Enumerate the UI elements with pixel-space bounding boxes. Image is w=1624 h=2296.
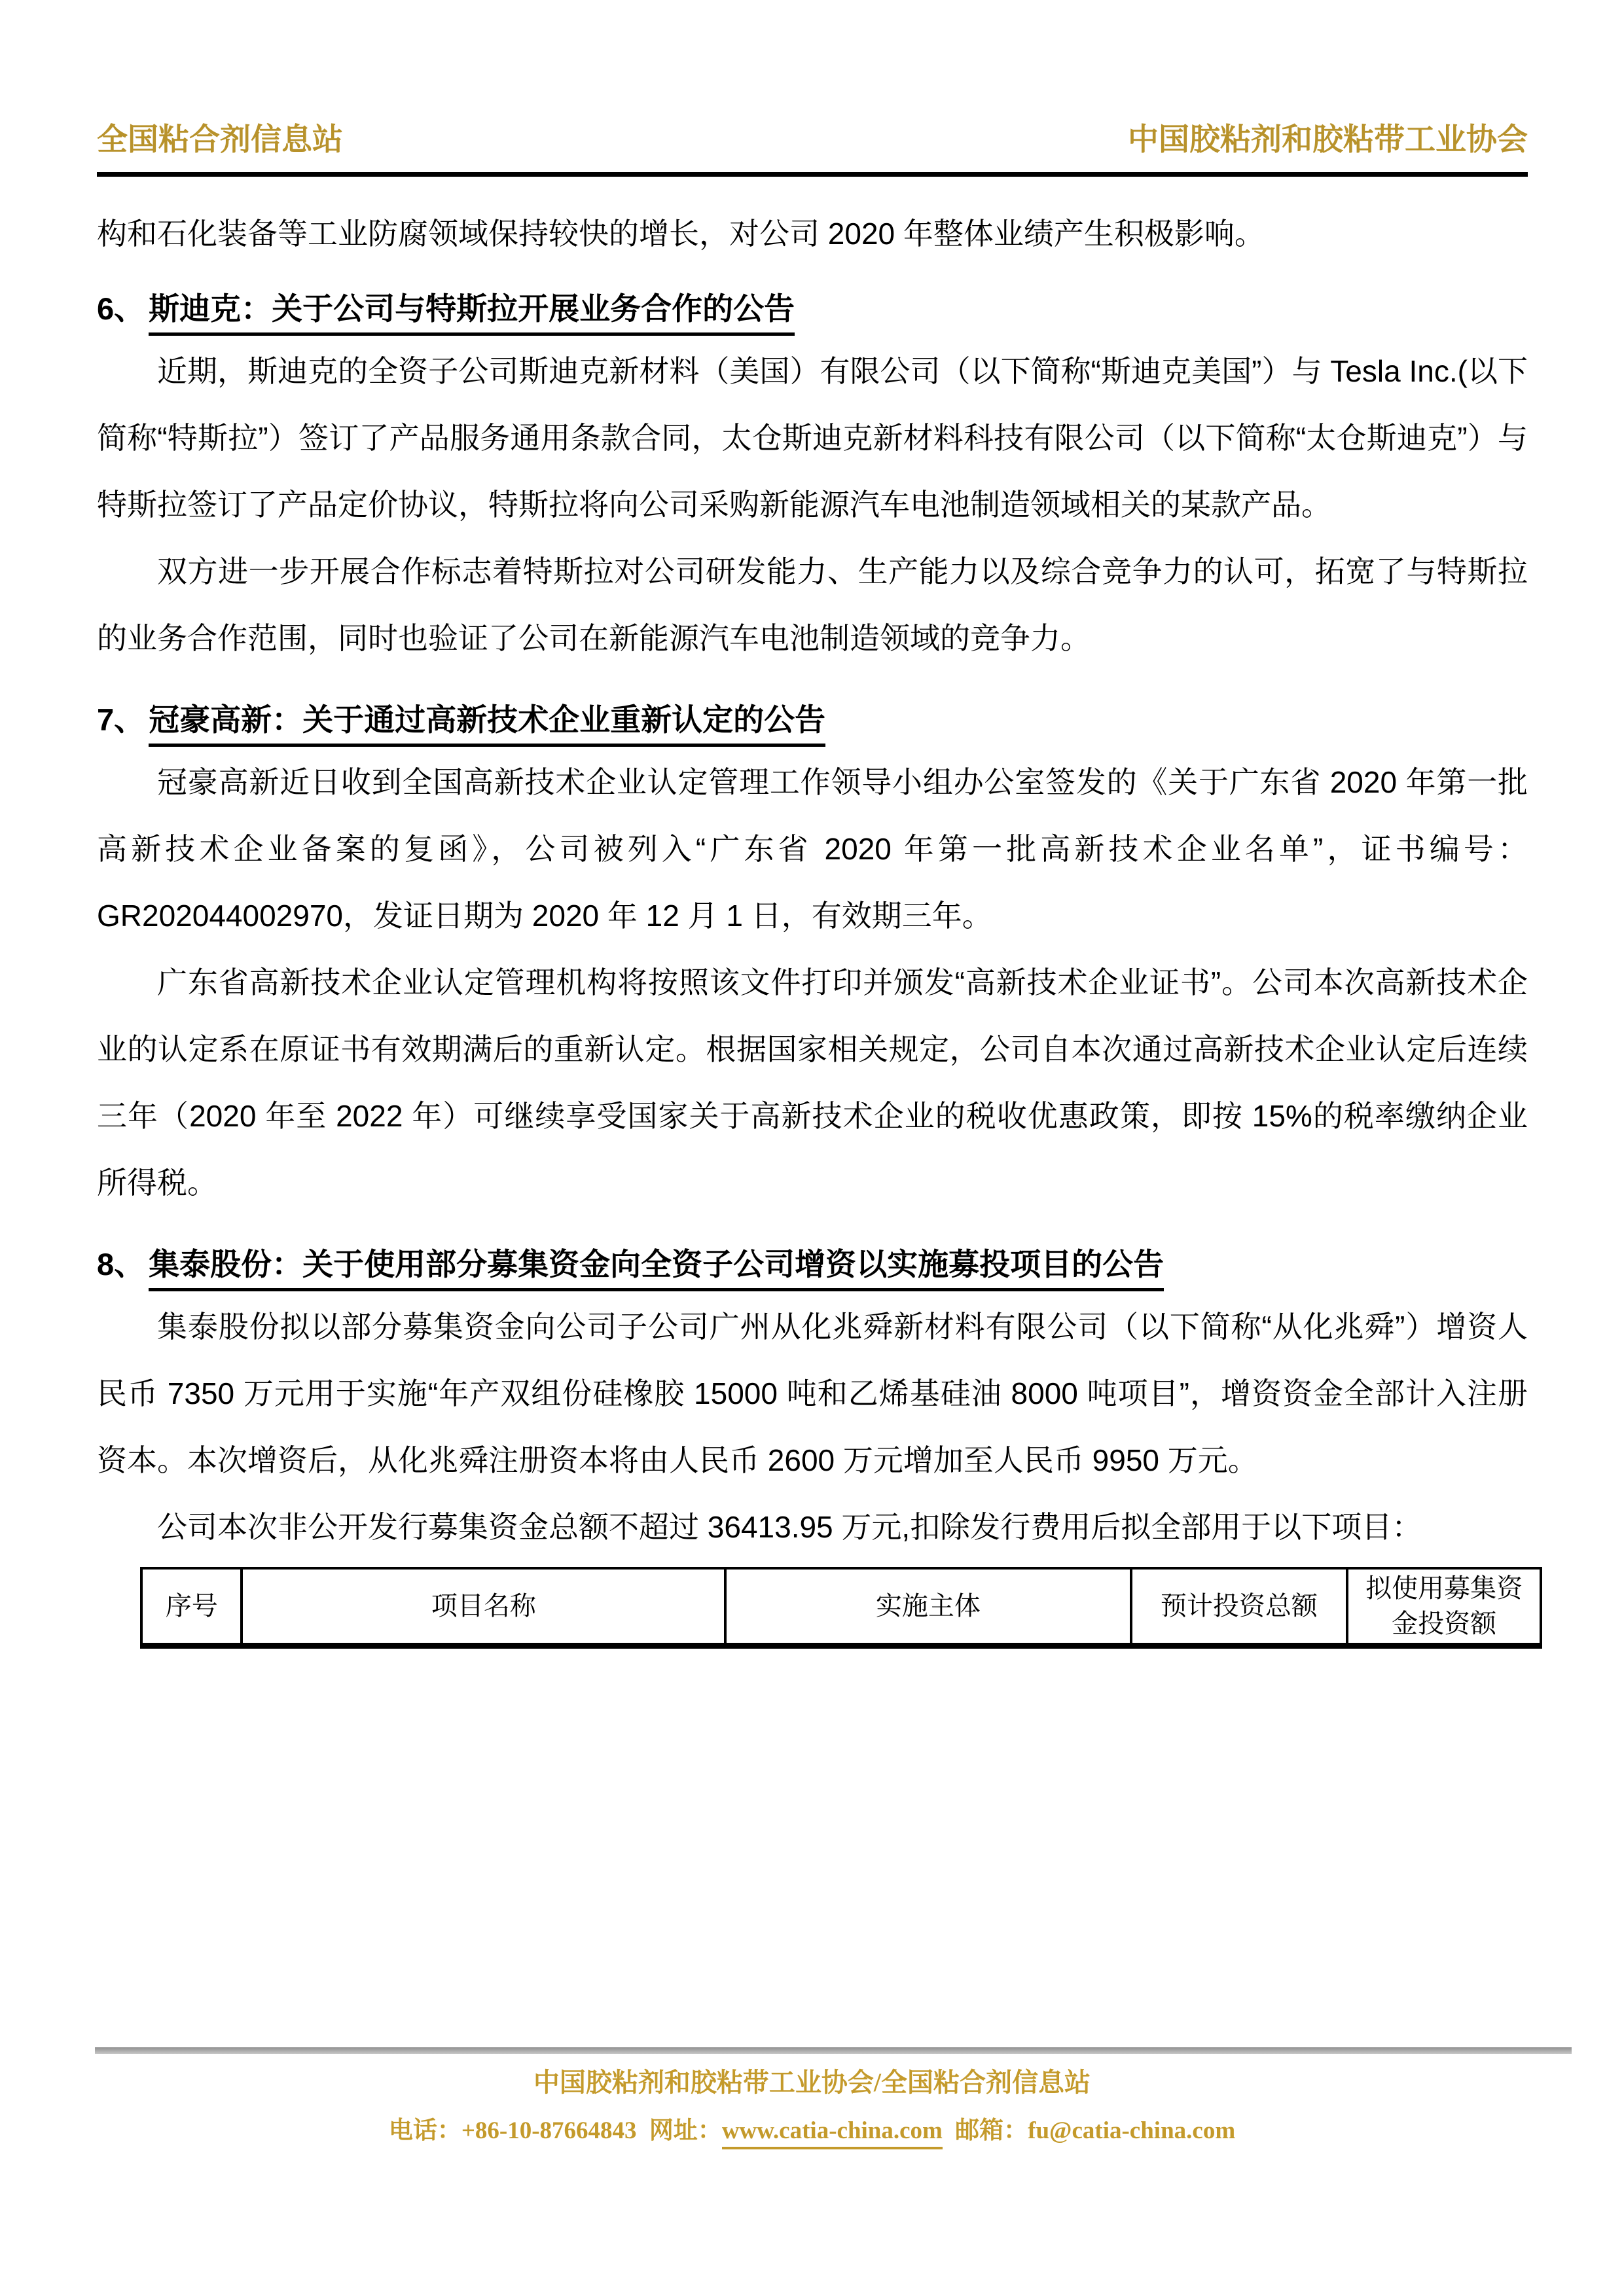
section-6-paragraph-2: 双方进一步开展合作标志着特斯拉对公司研发能力、生产能力以及综合竞争力的认可，拓宽…	[97, 538, 1528, 672]
section-6-heading: 6、斯迪克：关于公司与特斯拉开展业务合作的公告	[97, 289, 1528, 329]
column-header-entity: 实施主体	[725, 1568, 1130, 1646]
page-header: 全国粘合剂信息站 中国胶粘剂和胶粘带工业协会	[97, 115, 1528, 177]
section-6-number: 6、	[97, 291, 149, 326]
website-link[interactable]: www.catia-china.com	[722, 2117, 943, 2149]
section-8-number: 8、	[97, 1247, 149, 1282]
newsletter-page: 全国粘合剂信息站 中国胶粘剂和胶粘带工业协会 构和石化装备等工业防腐领域保持较快…	[0, 0, 1624, 2296]
section-7-number: 7、	[97, 702, 149, 737]
website-label: 网址：	[649, 2117, 722, 2144]
footer-contact-line: 电话：+86-10-87664843 网址：www.catia-china.co…	[0, 2110, 1624, 2145]
email-address: fu@catia-china.com	[1028, 2117, 1235, 2144]
email-label: 邮箱：	[955, 2117, 1028, 2144]
section-8-paragraph-2: 公司本次非公开发行募集资金总额不超过 36413.95 万元,扣除发行费用后拟全…	[97, 1494, 1528, 1560]
table-header-row: 序号 项目名称 实施主体 预计投资总额 拟使用募集资金投资额	[141, 1568, 1541, 1646]
section-6-title: 斯迪克：关于公司与特斯拉开展业务合作的公告	[149, 291, 795, 336]
section-8-title: 集泰股份：关于使用部分募集资金向全资子公司增资以实施募投项目的公告	[149, 1247, 1164, 1291]
section-7-paragraph-1: 冠豪高新近日收到全国高新技术企业认定管理工作领导小组办公室签发的《关于广东省 2…	[97, 749, 1528, 949]
document-body: 构和石化装备等工业防腐领域保持较快的增长，对公司 2020 年整体业绩产生积极影…	[97, 200, 1528, 1649]
section-8-heading: 8、集泰股份：关于使用部分募集资金向全资子公司增资以实施募投项目的公告	[97, 1245, 1528, 1284]
column-header-project: 项目名称	[242, 1568, 725, 1646]
column-header-seq: 序号	[141, 1568, 242, 1646]
phone-number: +86-10-87664843	[461, 2117, 637, 2144]
phone-label: 电话：	[389, 2117, 461, 2144]
header-right-title: 中国胶粘剂和胶粘带工业协会	[1128, 115, 1528, 159]
section-7-paragraph-2: 广东省高新技术企业认定管理机构将按照该文件打印并颁发“高新技术企业证书”。公司本…	[97, 949, 1528, 1216]
section-8-paragraph-1: 集泰股份拟以部分募集资金向公司子公司广州从化兆舜新材料有限公司（以下简称“从化兆…	[97, 1293, 1528, 1494]
section-7-heading: 7、冠豪高新：关于通过高新技术企业重新认定的公告	[97, 700, 1528, 740]
fund-projects-table: 序号 项目名称 实施主体 预计投资总额 拟使用募集资金投资额	[140, 1567, 1542, 1649]
page-content: 全国粘合剂信息站 中国胶粘剂和胶粘带工业协会 构和石化装备等工业防腐领域保持较快…	[97, 115, 1528, 1649]
footer-divider	[95, 2047, 1572, 2054]
column-header-raised-fund: 拟使用募集资金投资额	[1347, 1568, 1541, 1646]
column-header-investment: 预计投资总额	[1131, 1568, 1348, 1646]
header-left-title: 全国粘合剂信息站	[97, 115, 343, 159]
intro-paragraph: 构和石化装备等工业防腐领域保持较快的增长，对公司 2020 年整体业绩产生积极影…	[97, 200, 1528, 267]
section-6-paragraph-1: 近期，斯迪克的全资子公司斯迪克新材料（美国）有限公司（以下简称“斯迪克美国”）与…	[97, 338, 1528, 538]
footer-org-line: 中国胶粘剂和胶粘带工业协会/全国粘合剂信息站	[0, 2062, 1624, 2099]
section-7-title: 冠豪高新：关于通过高新技术企业重新认定的公告	[149, 702, 825, 747]
